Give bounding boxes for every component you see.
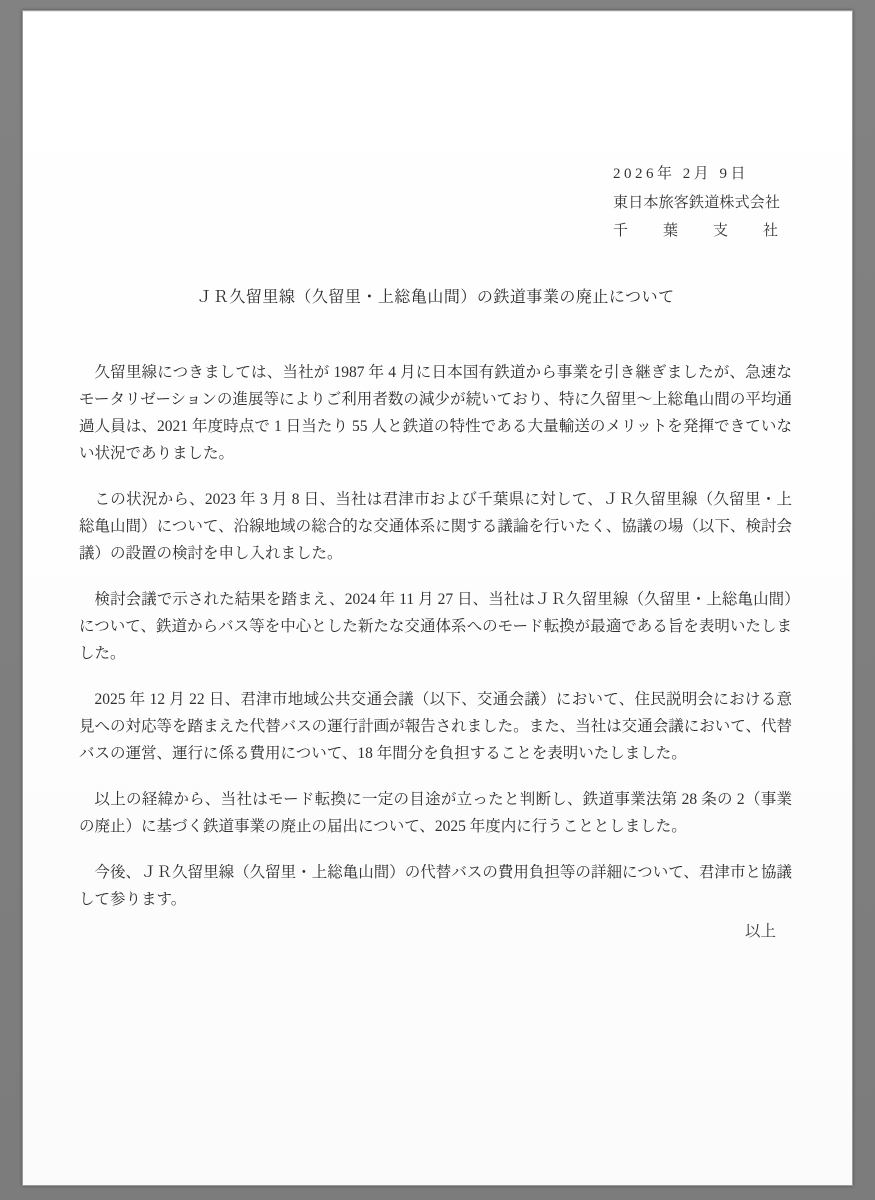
- document-content: 2026年 2月 9日 東日本旅客鉄道株式会社 千 葉 支 社 ＪＲ久留里線（久…: [23, 160, 852, 945]
- paragraph-2: この状況から、2023 年 3 月 8 日、当社は君津市および千葉県に対して、Ｊ…: [79, 486, 792, 567]
- paragraph-5: 以上の経緯から、当社はモード転換に一定の目途が立ったと判断し、鉄道事業法第 28…: [79, 786, 792, 840]
- paragraph-1: 久留里線につきましては、当社が 1987 年 4 月に日本国有鉄道から事業を引き…: [79, 359, 792, 467]
- document-body: 久留里線につきましては、当社が 1987 年 4 月に日本国有鉄道から事業を引き…: [79, 359, 792, 913]
- branch-name: 千 葉 支 社: [613, 217, 778, 246]
- paragraph-4: 2025 年 12 月 22 日、君津市地域公共交通会議（以下、交通会議）におい…: [79, 686, 792, 767]
- closing-statement: 以上: [79, 918, 792, 945]
- paragraph-6: 今後、ＪＲ久留里線（久留里・上総亀山間）の代替バスの費用負担等の詳細について、君…: [79, 859, 792, 913]
- document-header: 2026年 2月 9日 東日本旅客鉄道株式会社 千 葉 支 社: [613, 160, 778, 246]
- document-title: ＪＲ久留里線（久留里・上総亀山間）の鉄道事業の廃止について: [79, 284, 792, 311]
- company-name: 東日本旅客鉄道株式会社: [613, 189, 778, 218]
- date-line: 2026年 2月 9日: [613, 160, 778, 189]
- paragraph-3: 検討会議で示された結果を踏まえ、2024 年 11 月 27 日、当社はＪＲ久留…: [79, 586, 792, 667]
- document-page: 2026年 2月 9日 東日本旅客鉄道株式会社 千 葉 支 社 ＪＲ久留里線（久…: [22, 10, 853, 1186]
- scan-background: 2026年 2月 9日 東日本旅客鉄道株式会社 千 葉 支 社 ＪＲ久留里線（久…: [0, 0, 875, 1200]
